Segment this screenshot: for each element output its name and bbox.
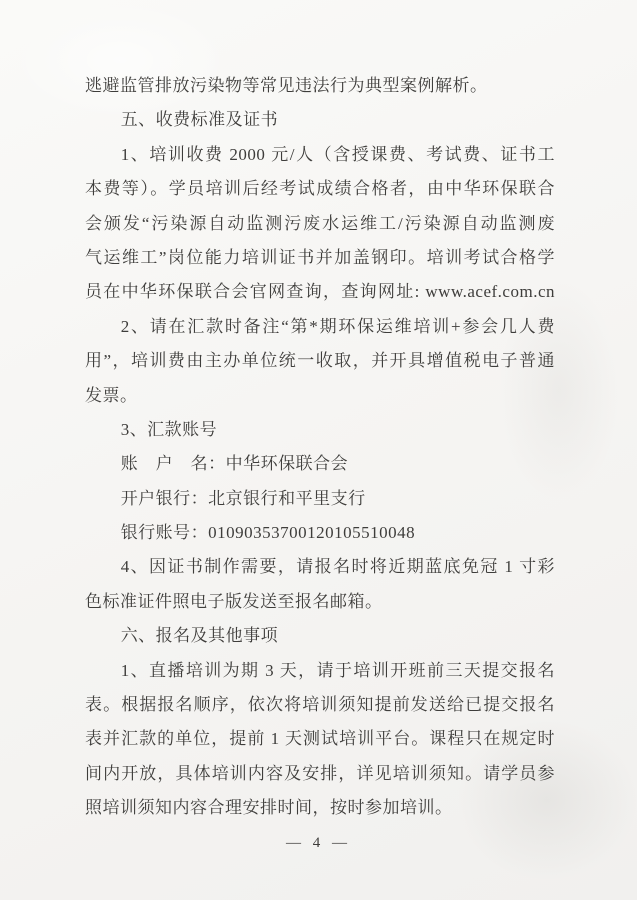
bank-branch-line: 开户银行：北京银行和平里支行: [85, 482, 555, 516]
paragraph-continuation-line: 逃避监管排放污染物等常见违法行为典型案例解析。: [85, 69, 555, 103]
page-footer: — 4 —: [0, 834, 637, 852]
remittance-account-heading: 3、汇款账号: [85, 413, 555, 447]
website-lookup-line: 员在中华环保联合会官网查询，查询网址: www.acef.com.cn: [85, 275, 555, 309]
registration-paragraph-line: 间内开放，具体培训内容及安排，详见培训须知。请学员参: [85, 757, 555, 791]
remittance-note-line: 发票。: [85, 379, 555, 413]
remittance-note-line: 2、请在汇款时备注“第*期环保运维培训+参会几人费: [85, 310, 555, 344]
certificate-paragraph-line: 会颁发“污染源自动监测污废水运维工/污染源自动监测废: [85, 207, 555, 241]
bank-account-number-line: 银行账号：01090353700120105510048: [85, 516, 555, 550]
scanned-document-page: 逃避监管排放污染物等常见违法行为典型案例解析。 五、收费标准及证书 1、培训收费…: [0, 0, 637, 900]
photo-requirement-line: 4、因证书制作需要，请报名时将近期蓝底免冠 1 寸彩: [85, 550, 555, 584]
photo-requirement-line: 色标准证件照电子版发送至报名邮箱。: [85, 585, 555, 619]
section-heading-fees: 五、收费标准及证书: [85, 103, 555, 137]
registration-paragraph-line: 表并汇款的单位，提前 1 天测试培训平台。课程只在规定时: [85, 722, 555, 756]
account-name-line: 账 户 名：中华环保联合会: [85, 447, 555, 481]
document-body: 逃避监管排放污染物等常见违法行为典型案例解析。 五、收费标准及证书 1、培训收费…: [85, 69, 555, 826]
section-heading-registration: 六、报名及其他事项: [85, 619, 555, 653]
fee-paragraph-line: 1、培训收费 2000 元/人（含授课费、考试费、证书工: [85, 138, 555, 172]
fee-paragraph-line: 本费等）。学员培训后经考试成绩合格者，由中华环保联合: [85, 172, 555, 206]
registration-paragraph-line: 1、直播培训为期 3 天，请于培训开班前三天提交报名: [85, 654, 555, 688]
remittance-note-line: 用”，培训费由主办单位统一收取，并开具增值税电子普通: [85, 344, 555, 378]
certificate-paragraph-line: 气运维工”岗位能力培训证书并加盖钢印。培训考试合格学: [85, 241, 555, 275]
registration-paragraph-line: 表。根据报名顺序，依次将培训须知提前发送给已提交报名: [85, 688, 555, 722]
page-number: — 4 —: [286, 835, 351, 851]
registration-paragraph-line: 照培训须知内容合理安排时间，按时参加培训。: [85, 791, 555, 825]
